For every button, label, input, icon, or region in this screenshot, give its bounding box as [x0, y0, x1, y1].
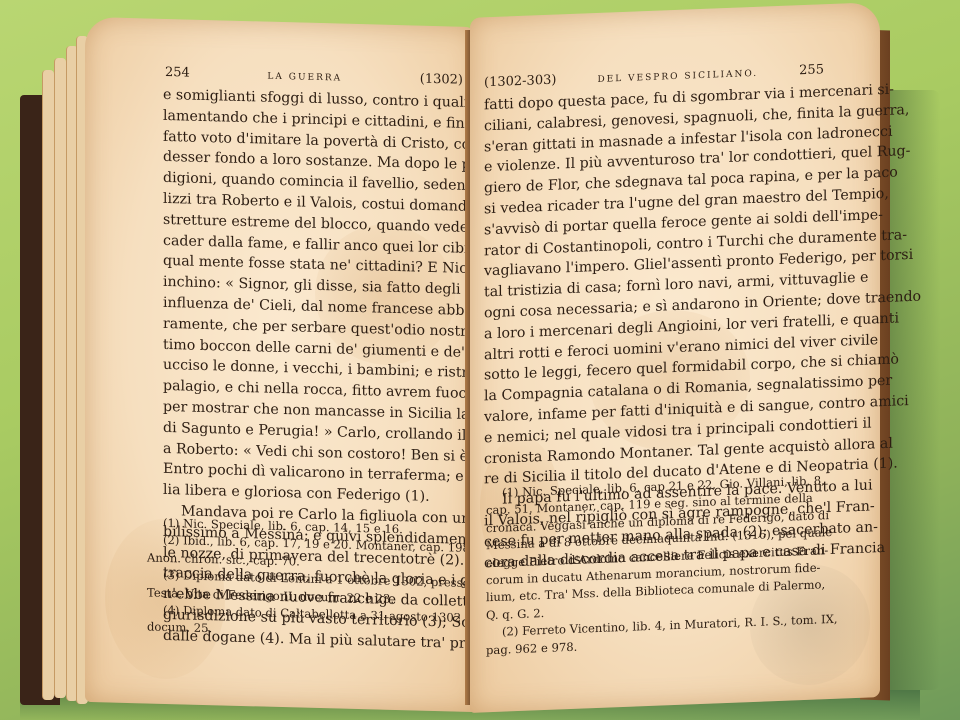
year-marker: (1302-303) [484, 73, 556, 91]
left-page-header: 254 LA GUERRA (1302) [165, 65, 463, 88]
page-number: 255 [799, 62, 824, 78]
page-number: 254 [165, 65, 190, 81]
left-footnotes: (1) Nic. Speciale, lib. 6, cap. 14, 15 e… [147, 514, 457, 644]
right-footnotes: (1) Nic. Speciale, lib. 6, cap 21 e 22. … [486, 473, 816, 660]
year-marker: (1302) [420, 72, 463, 88]
page-edge [42, 70, 54, 700]
right-page: (1302-303) DEL VESPRO SICILIANO. 255 fat… [470, 2, 880, 713]
running-head: LA GUERRA [267, 72, 342, 84]
page-edge [54, 58, 66, 698]
left-page: 254 LA GUERRA (1302) e somiglianti sfogg… [85, 17, 477, 712]
running-head: DEL VESPRO SICILIANO. [597, 69, 758, 85]
